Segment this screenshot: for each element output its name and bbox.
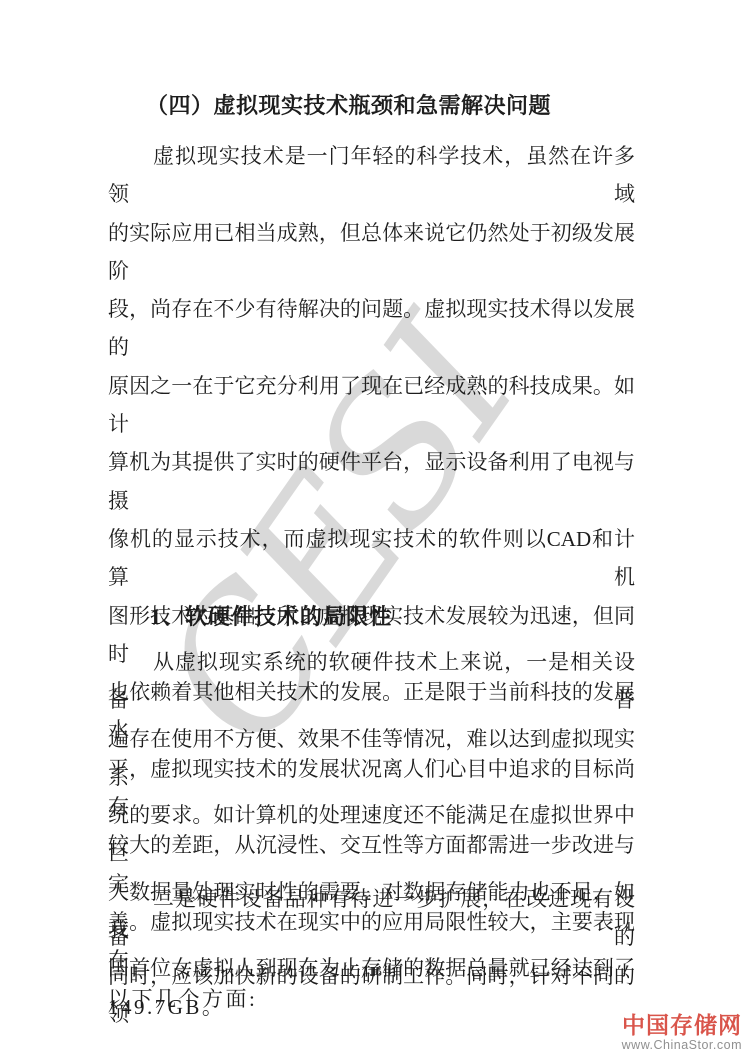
text-line: 虚拟现实技术是一门年轻的科学技术，虽然在许多领域 [108, 137, 635, 214]
site-logo-text: 中国存储网 [622, 1012, 742, 1038]
page-number: 16 [0, 964, 750, 980]
text-line: 算机为其提供了实时的硬件平台，显示设备利用了电视与摄 [108, 443, 635, 520]
paragraph-limitations-2: 二是硬件设备品种有待进一步扩展，在改进现有设备的 同时，应该加快新的设备的研制工… [108, 880, 635, 1033]
text-line: 像机的显示技术，而虚拟现实技术的软件则以CAD和计算机 [108, 520, 635, 597]
sub-heading: 1、软硬件技术的局限性 [108, 602, 635, 632]
document-page: CESI （四）虚拟现实技术瓶颈和急需解决问题 虚拟现实技术是一门年轻的科学技术… [0, 0, 750, 1060]
site-watermark: 中国存储网 www.ChinaStor.com [622, 1012, 742, 1053]
document-content: （四）虚拟现实技术瓶颈和急需解决问题 虚拟现实技术是一门年轻的科学技术，虽然在许… [0, 0, 750, 1060]
text-line: 遍存在使用不方便、效果不佳等情况，难以达到虚拟现实系 [108, 720, 635, 797]
section-heading: （四）虚拟现实技术瓶颈和急需解决问题 [108, 91, 635, 121]
text-line: 原因之一在于它充分利用了现在已经成熟的科技成果。如计 [108, 367, 635, 444]
text-line: 从虚拟现实系统的软硬件技术上来说，一是相关设备普 [108, 643, 635, 720]
text-line: 二是硬件设备品种有待进一步扩展，在改进现有设备的 [108, 880, 635, 957]
text-line: 的实际应用已相当成熟，但总体来说它仍然处于初级发展阶 [108, 214, 635, 291]
site-url: www.ChinaStor.com [622, 1038, 742, 1053]
text-line: 段，尚存在不少有待解决的问题。虚拟现实技术得以发展的 [108, 290, 635, 367]
text-line: 统的要求。如计算机的处理速度还不能满足在虚拟世界中巨 [108, 796, 635, 873]
